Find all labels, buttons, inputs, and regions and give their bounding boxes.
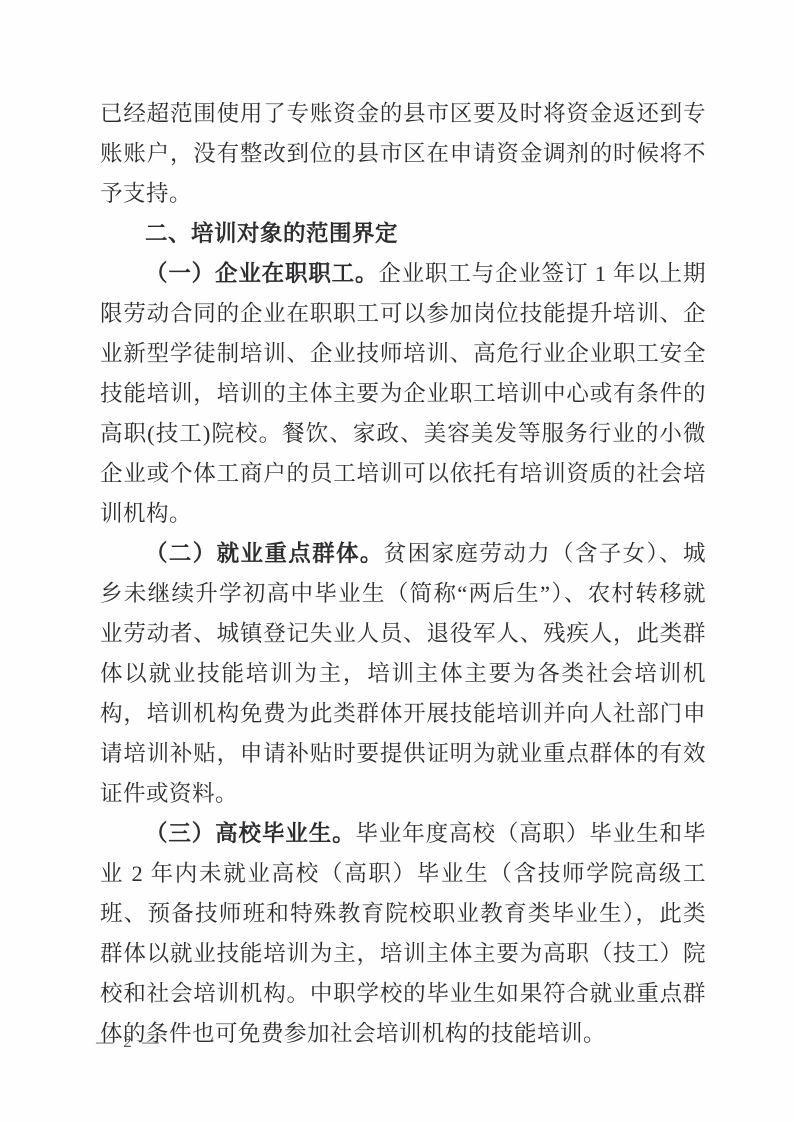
section-2-body: 贫困家庭劳动力（含子女）、城乡未继续升学初高中毕业生（简称“两后生”）、农村转移… <box>100 541 706 806</box>
document-page: 已经超范围使用了专账资金的县市区要及时将资金返还到专账账户，没有整改到位的县市区… <box>0 0 793 1122</box>
paragraph-continued: 已经超范围使用了专账资金的县市区要及时将资金返还到专账账户，没有整改到位的县市区… <box>100 94 706 214</box>
section-1-lead: （一）企业在职职工。 <box>145 261 378 286</box>
page-number: — 2 — <box>96 1032 162 1052</box>
section-paragraph-1: （一）企业在职职工。企业职工与企业签订 1 年以上期限劳动合同的企业在职职工可以… <box>100 254 706 534</box>
section-2-lead: （二）就业重点群体。 <box>145 541 384 566</box>
section-3-body: 毕业年度高校（高职）毕业生和毕业 2 年内未就业高校（高职）毕业生（含技师学院高… <box>100 821 706 1046</box>
section-1-body: 企业职工与企业签订 1 年以上期限劳动合同的企业在职职工可以参加岗位技能提升培训… <box>100 261 706 526</box>
section-3-lead: （三）高校毕业生。 <box>145 821 356 846</box>
section-heading: 二、培训对象的范围界定 <box>100 214 706 254</box>
section-paragraph-3: （三）高校毕业生。毕业年度高校（高职）毕业生和毕业 2 年内未就业高校（高职）毕… <box>100 814 706 1054</box>
document-body: 已经超范围使用了专账资金的县市区要及时将资金返还到专账账户，没有整改到位的县市区… <box>100 94 706 1054</box>
section-paragraph-2: （二）就业重点群体。贫困家庭劳动力（含子女）、城乡未继续升学初高中毕业生（简称“… <box>100 534 706 814</box>
